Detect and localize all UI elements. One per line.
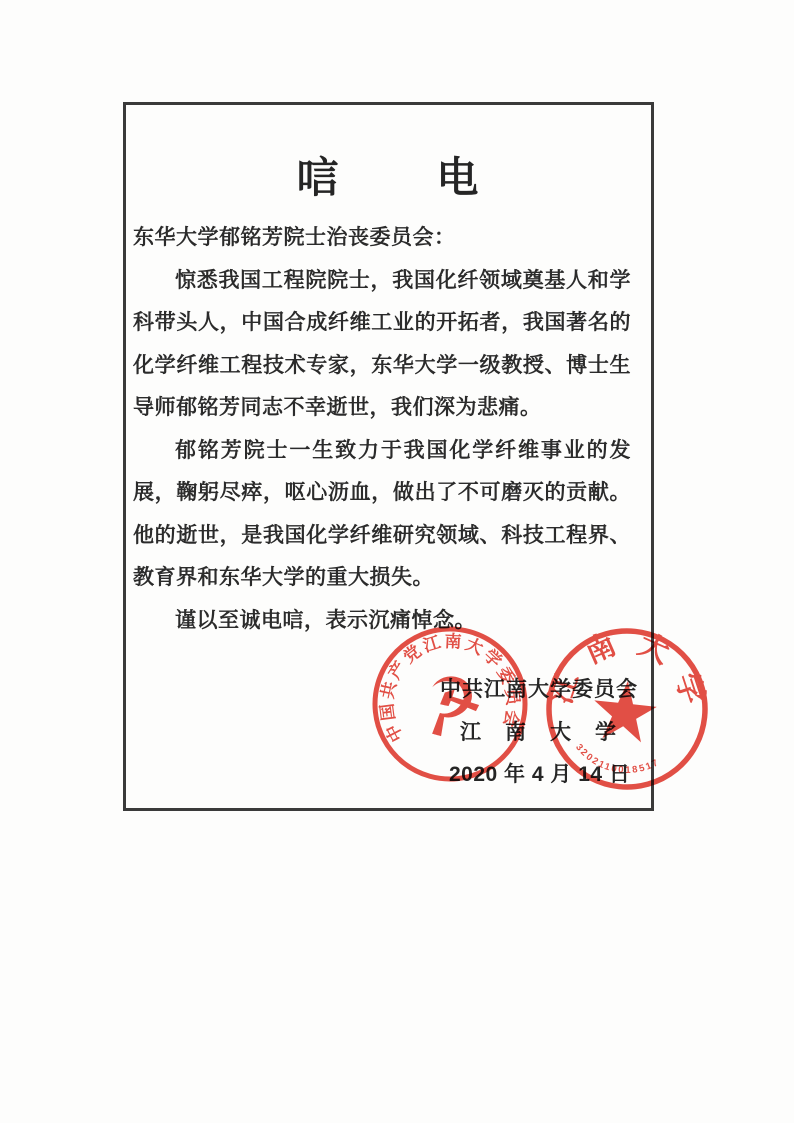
paragraph: 郁铭芳院士一生致力于我国化学纤维事业的发展，鞠躬尽瘁，呕心沥血，做出了不可磨灭的… [133, 430, 631, 600]
university-seal: 江南大学 3202110018517 [530, 612, 723, 805]
red-star-icon [590, 678, 659, 744]
party-committee-seal: 中国共产党江南大学委员会 ☭ [359, 613, 541, 795]
salutation: 东华大学郁铭芳院士治丧委员会： [133, 217, 631, 260]
scanned-page: { "document": { "title": "唁 电", "salutat… [0, 0, 794, 1123]
letter-body: 东华大学郁铭芳院士治丧委员会： 惊悉我国工程院院士，我国化纤领域奠基人和学科带头… [133, 217, 631, 642]
hammer-sickle-icon: ☭ [405, 655, 496, 756]
document-title: 唁 电 [126, 145, 651, 205]
paragraph: 惊悉我国工程院院士，我国化纤领域奠基人和学科带头人，中国合成纤维工业的开拓者，我… [133, 260, 631, 430]
